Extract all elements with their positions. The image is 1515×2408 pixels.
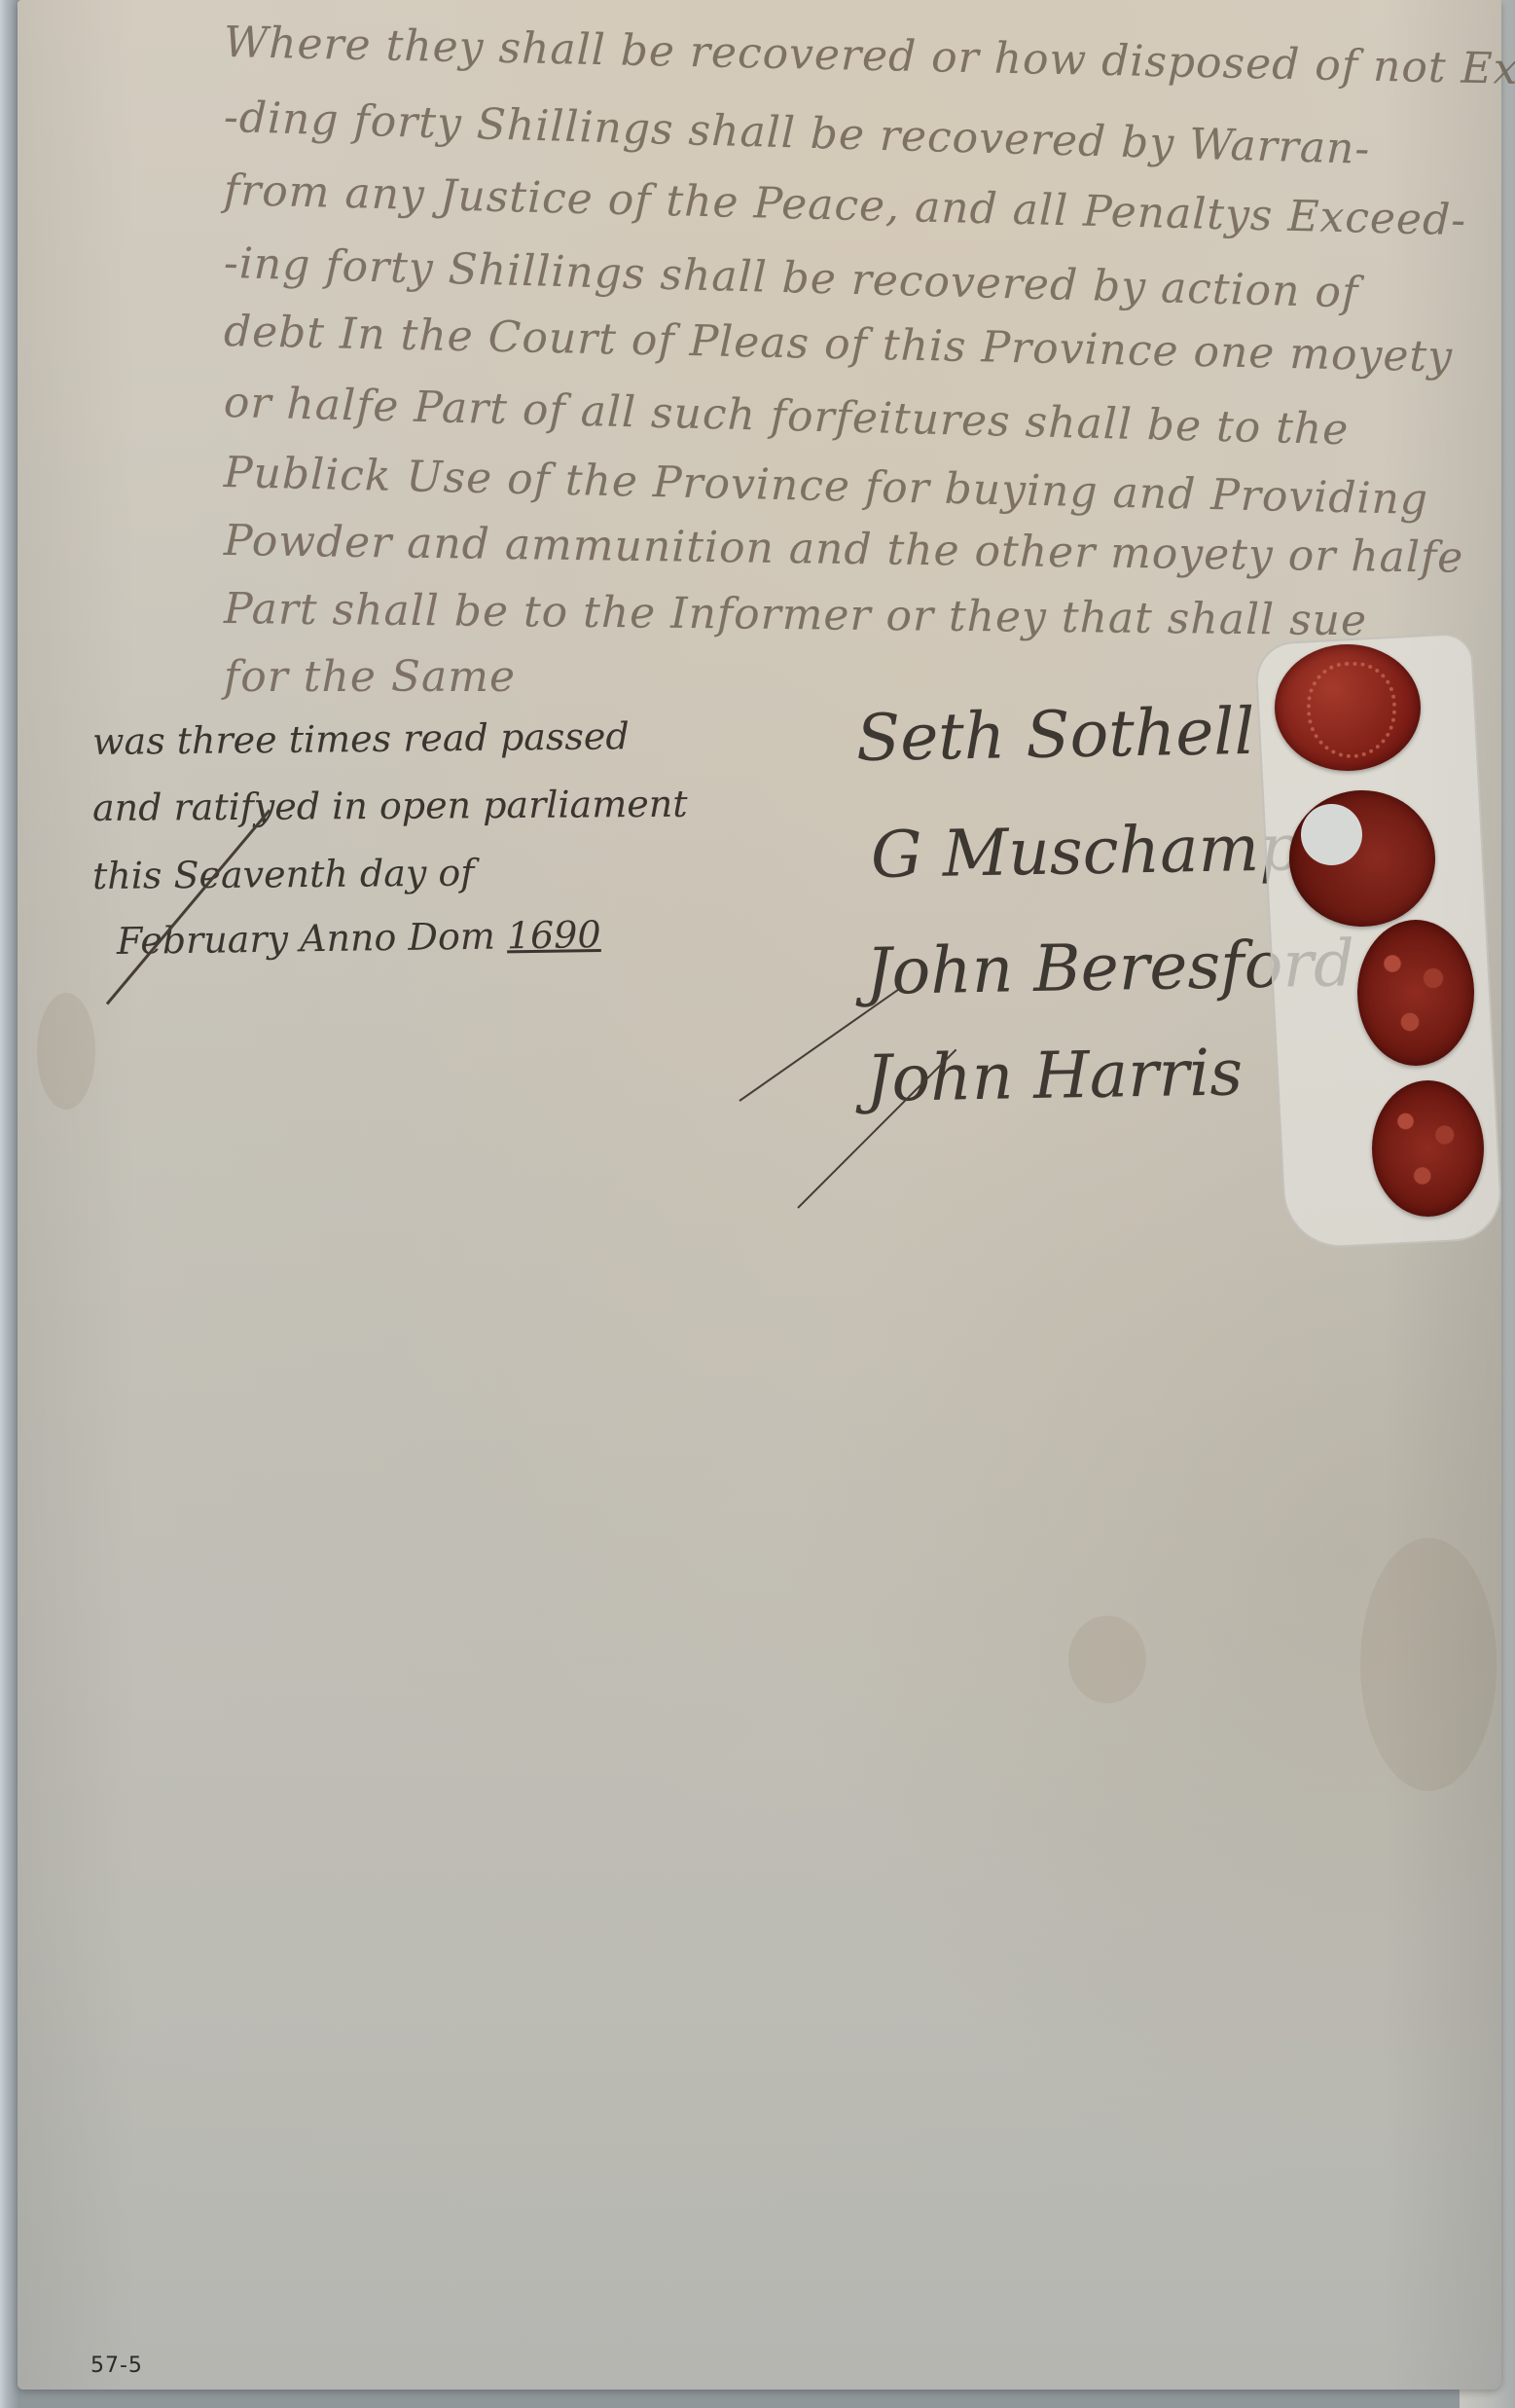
note-line: and ratifyed in open parliament [92, 783, 688, 829]
signature: G Muschamp [870, 810, 1301, 893]
signature: Seth Sothell [855, 694, 1255, 776]
water-stain [37, 993, 95, 1110]
body-line: for the Same [224, 652, 516, 702]
archive-number: 57-5 [90, 2353, 143, 2378]
note-year: 1690 [507, 913, 601, 957]
signature: John Harris [865, 1035, 1243, 1116]
note-line: was three times read passed [92, 714, 630, 763]
wax-seal-crest-icon [1275, 644, 1421, 771]
water-stain [1360, 1538, 1497, 1791]
water-stain [1068, 1616, 1146, 1703]
note-line: this Seaventh day of [92, 852, 475, 897]
wax-seal-icon [1357, 920, 1474, 1066]
note-line: February Anno Dom 1690 [117, 913, 601, 963]
wax-seal-broken-icon [1289, 790, 1435, 927]
wax-seal-icon [1372, 1080, 1484, 1217]
mount-edge [0, 0, 19, 2408]
